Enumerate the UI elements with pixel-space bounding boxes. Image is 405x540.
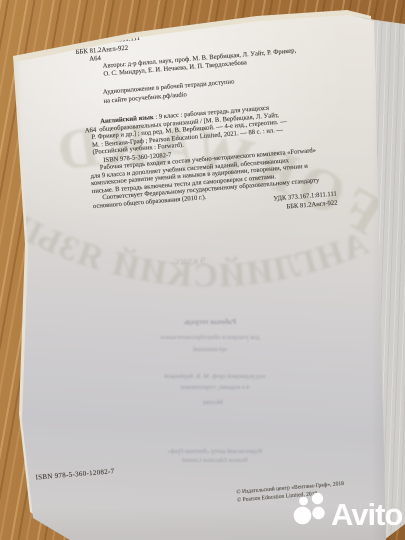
imprint-page: FORWARD АНГЛИЙСКИЙ ЯЗЫК 9 класс Рабочая …	[0, 0, 405, 540]
isbn-footer: ISBN 978-5-360-12082-7	[35, 467, 115, 481]
avito-logo-text: Avito	[331, 499, 402, 530]
avito-dots-icon	[292, 491, 329, 528]
bibliographic-entry: Английский язык : 9 класс : рабочая тетр…	[84, 96, 384, 210]
audio-note-block: Аудиоприложение в рабочей тетради доступ…	[103, 78, 236, 106]
book-photo: FORWARD АНГЛИЙСКИЙ ЯЗЫК 9 класс Рабочая …	[0, 0, 405, 540]
avito-watermark: Avito	[292, 491, 402, 530]
printed-imprint-content: УДК 373.167.1:811.111 ББК 81.2Англ-922 А…	[0, 0, 405, 540]
